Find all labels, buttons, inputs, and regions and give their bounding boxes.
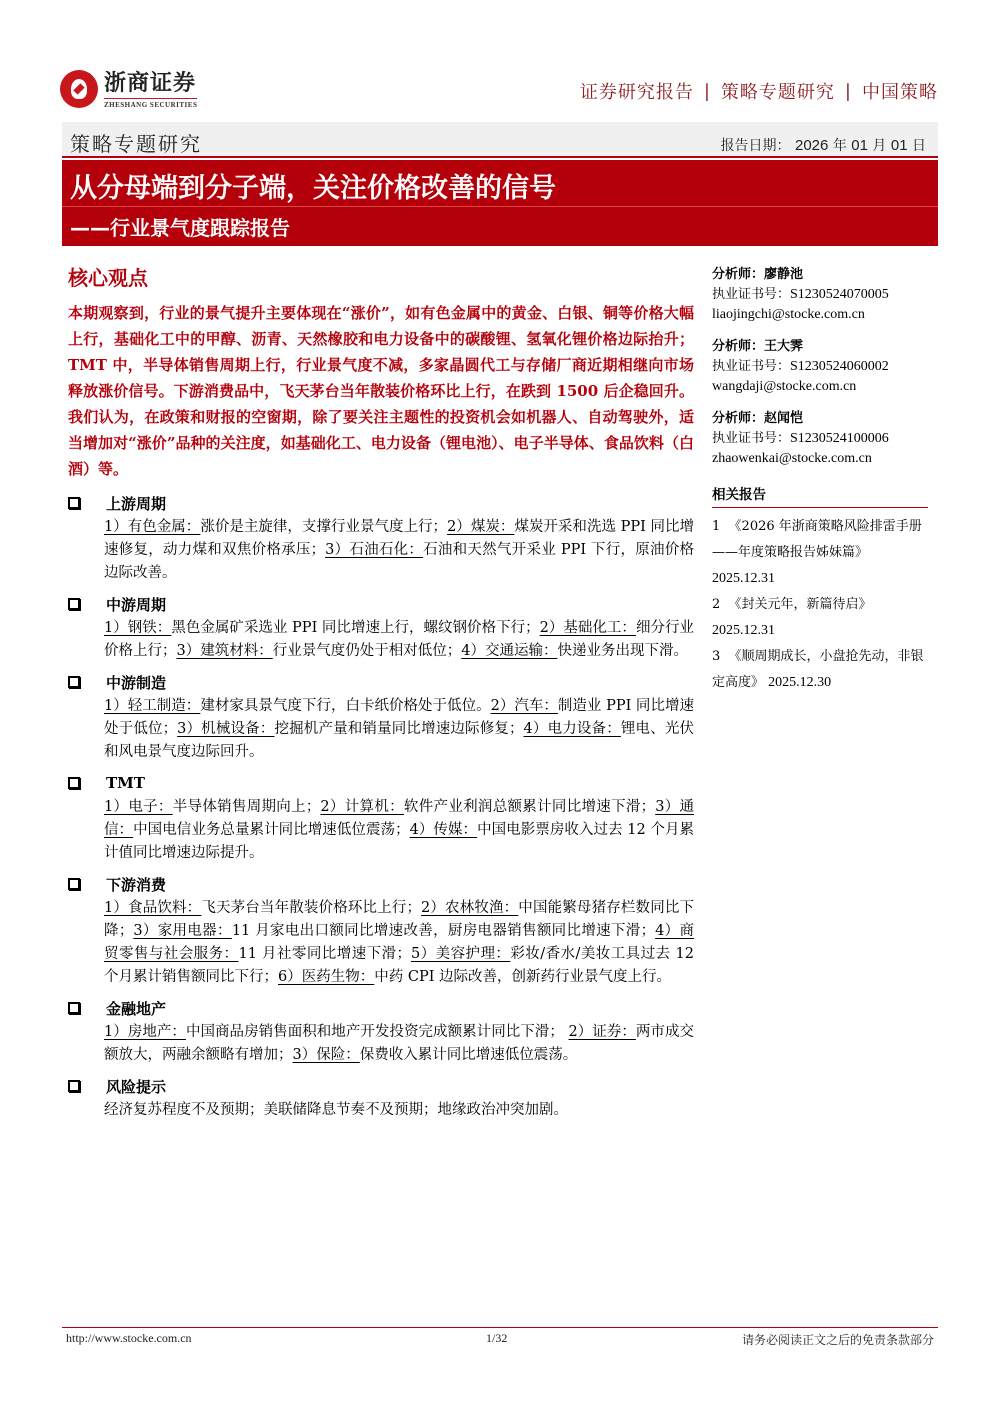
checkbox-bullet-icon [68,777,80,789]
sector-section: 中游周期1）钢铁：黑色金属矿采选业 PPI 同比增速上行，螺纹钢价格下行；2）基… [68,591,694,663]
section-title: 风险提示 [106,1076,166,1097]
section-body: 1）钢铁：黑色金属矿采选业 PPI 同比增速上行，螺纹钢价格下行；2）基础化工：… [68,617,694,663]
report-date-month: 01 [851,137,868,154]
sector-label: 3）建筑材料： [177,643,273,659]
breadcrumb-item-strategy-topic: 策略专题研究 [721,78,835,104]
related-report-index: 3 [712,649,720,664]
footer-disclaimer: 请务必阅读正文之后的免责条款部分 [742,1331,934,1348]
section-body: 1）有色金属：涨价是主旋律，支撑行业景气度上行；2）煤炭：煤炭开采和洗选 PPI… [68,516,694,585]
sector-label: 2）计算机： [320,799,404,815]
page-number: 1/32 [486,1331,507,1346]
related-reports-list: 1 《2026 年浙商策略风险排雷手册——年度策略报告姊妹篇》 2025.12.… [712,514,932,696]
sector-section: 上游周期1）有色金属：涨价是主旋律，支撑行业景气度上行；2）煤炭：煤炭开采和洗选… [68,490,694,585]
sector-label: 4）交通运输： [461,643,557,659]
section-body: 1）房地产：中国商品房销售面积和地产开发投资完成额累计同比下滑； 2）证券：两市… [68,1021,694,1067]
analyst-email-link[interactable]: wangdaji@stocke.com.cn [712,377,932,397]
section-title: TMT [106,774,145,792]
sector-label: 3）家用电器： [133,923,232,939]
sector-label: 2）农林牧渔： [421,900,518,916]
sector-text: 半导体销售周期向上； [173,799,321,815]
sector-label: 4）传媒： [410,822,478,838]
sector-text: 中药 CPI 边际改善，创新药行业景气度上行。 [374,969,671,985]
core-viewpoint-text: 本期观察到，行业的景气提升主要体现在“涨价”，如有色金属中的黄金、白银、铜等价格… [68,300,694,482]
breadcrumb-item-research-report: 证券研究报告 [580,78,694,104]
sector-label: 1）钢铁： [104,620,171,636]
checkbox-bullet-icon [68,878,80,890]
sector-text: 快递业务出现下滑。 [557,643,688,659]
analyst-name-line: 分析师：廖静池 [712,265,932,285]
report-date-year-unit: 年 [833,138,847,154]
related-report-title[interactable]: 《封关元年，新篇待启》 [729,597,872,612]
footer-website-link[interactable]: http://www.stocke.com.cn [66,1331,192,1346]
section-title: 中游周期 [106,594,166,615]
analyst-cert-line: 执业证书号：S1230524070005 [712,285,932,305]
sector-label: 3）石油石化： [325,542,423,558]
sector-sections: 上游周期1）有色金属：涨价是主旋律，支撑行业景气度上行；2）煤炭：煤炭开采和洗选… [68,490,694,1128]
related-report-title[interactable]: 《2026 年浙商策略风险排雷手册——年度策略报告姊妹篇》 [712,519,922,560]
report-date: 报告日期： 2026 年 01 月 01 日 [721,135,926,155]
breadcrumb-separator: | [704,81,711,102]
cert-label: 执业证书号： [712,359,790,374]
sector-label: 4）电力设备： [524,721,621,737]
sector-label: 5）美容护理： [411,946,510,962]
company-logo: 浙商证券 ZHESHANG SECURITIES [60,70,210,115]
sector-section: 风险提示经济复苏程度不及预期；美联储降息节奏不及预期；地缘政治冲突加剧。 [68,1073,694,1122]
header-breadcrumb: 证券研究报告 | 策略专题研究 | 中国策略 [580,78,938,104]
page-footer: http://www.stocke.com.cn 1/32 请务必阅读正文之后的… [66,1331,934,1351]
analyst-name: 赵闻恺 [764,411,803,426]
sector-text: 11 月家电出口额同比增速改善，厨房电器销售额同比增速下滑； [232,923,655,939]
related-report-item[interactable]: 1 《2026 年浙商策略风险排雷手册——年度策略报告姊妹篇》 2025.12.… [712,514,932,592]
checkbox-bullet-icon [68,598,80,610]
section-header: 下游消费 [68,871,694,897]
section-body: 1）电子：半导体销售周期向上；2）计算机：软件产业利润总额累计同比增速下滑；3）… [68,796,694,865]
sector-label: 2）煤炭： [447,519,514,535]
section-header: 中游制造 [68,669,694,695]
category-title: 策略专题研究 [70,128,202,157]
report-date-day-unit: 日 [912,138,926,154]
sector-label: 1）电子： [104,799,173,815]
section-title: 下游消费 [106,874,166,895]
sector-text: 软件产业利润总额累计同比增速下滑； [404,799,655,815]
analyst-email-link[interactable]: liaojingchi@stocke.com.cn [712,305,932,325]
section-title: 上游周期 [106,493,166,514]
checkbox-bullet-icon [68,1080,80,1092]
logo-cn-text: 浙商证券 [104,70,197,98]
report-title: 从分母端到分子端，关注价格改善的信号 [70,166,556,205]
related-report-date: 2025.12.31 [712,623,775,638]
sector-label: 2）证券： [568,1024,635,1040]
sector-label: 2）汽车： [491,698,558,714]
sector-text: 保费收入累计同比增速低位震荡。 [360,1047,578,1063]
checkbox-bullet-icon [68,1002,80,1014]
related-report-index: 2 [712,597,720,612]
related-reports-heading: 相关报告 [712,483,928,508]
sector-text: 挖掘机产量和销量同比增速边际修复； [274,721,523,737]
analyst-name: 王大霁 [764,339,803,354]
cert-number: S1230524060002 [790,359,889,374]
sector-section: 金融地产1）房地产：中国商品房销售面积和地产开发投资完成额累计同比下滑； 2）证… [68,995,694,1067]
analyst-name-line: 分析师：王大霁 [712,337,932,357]
sector-label: 1）房地产： [104,1024,186,1040]
analyst-name: 廖静池 [764,267,803,282]
sector-label: 2）基础化工： [540,620,636,636]
sector-label: 3）机械设备： [177,721,274,737]
sector-label: 1）食品饮料： [104,900,201,916]
sector-text: 中国电信业务总量累计同比增速低位震荡； [133,822,409,838]
footer-divider [62,1327,938,1328]
report-date-year: 2026 [795,137,828,154]
section-header: 中游周期 [68,591,694,617]
cert-number: S1230524070005 [790,287,889,302]
section-body: 经济复苏程度不及预期；美联储降息节奏不及预期；地缘政治冲突加剧。 [68,1099,694,1122]
sector-label: 1）有色金属： [104,519,200,535]
logo-en-text: ZHESHANG SECURITIES [104,98,197,109]
analyst-card: 分析师：廖静池执业证书号：S1230524070005liaojingchi@s… [712,265,932,325]
sector-text: 涨价是主旋律，支撑行业景气度上行； [200,519,447,535]
analyst-label: 分析师： [712,267,764,282]
report-date-month-unit: 月 [872,138,886,154]
logo-icon [60,70,98,108]
sector-text: 建材家具景气度下行，白卡纸价格处于低位。 [200,698,490,714]
sector-text: 行业景气度仍处于相对低位； [273,643,462,659]
sector-text: 经济复苏程度不及预期；美联储降息节奏不及预期；地缘政治冲突加剧。 [104,1102,568,1118]
cert-label: 执业证书号： [712,287,790,302]
core-viewpoint-heading: 核心观点 [68,262,148,291]
breadcrumb-separator: | [845,81,852,102]
report-subtitle: ——行业景气度跟踪报告 [70,212,290,241]
sector-text: 中国商品房销售面积和地产开发投资完成额累计同比下滑； [186,1024,569,1040]
cert-number: S1230524100006 [790,431,889,446]
related-report-date: 2025.12.30 [768,675,831,690]
analyst-list: 分析师：廖静池执业证书号：S1230524070005liaojingchi@s… [712,265,932,469]
analyst-email-link[interactable]: zhaowenkai@stocke.com.cn [712,449,932,469]
sector-section: 中游制造1）轻工制造：建材家具景气度下行，白卡纸价格处于低位。2）汽车：制造业 … [68,669,694,764]
sector-text: 飞天茅台当年散装价格环比上行； [201,900,421,916]
section-header: 上游周期 [68,490,694,516]
related-report-index: 1 [712,519,720,534]
category-bar: 策略专题研究 报告日期： 2026 年 01 月 01 日 [62,122,938,158]
section-header: 风险提示 [68,1073,694,1099]
sector-section: 下游消费1）食品饮料：飞天茅台当年散装价格环比上行；2）农林牧渔：中国能繁母猪存… [68,871,694,989]
cert-label: 执业证书号： [712,431,790,446]
section-body: 1）食品饮料：飞天茅台当年散装价格环比上行；2）农林牧渔：中国能繁母猪存栏数同比… [68,897,694,989]
checkbox-bullet-icon [68,676,80,688]
analyst-cert-line: 执业证书号：S1230524100006 [712,429,932,449]
sector-label: 6）医药生物： [278,969,374,985]
breadcrumb-item-china-strategy: 中国策略 [862,78,938,104]
related-report-item[interactable]: 2 《封关元年，新篇待启》 2025.12.31 [712,592,932,644]
analyst-card: 分析师：王大霁执业证书号：S1230524060002wangdaji@stoc… [712,337,932,397]
title-divider [62,206,938,207]
related-report-item[interactable]: 3 《顺周期成长，小盘抢先动，非银定高度》 2025.12.30 [712,644,932,696]
analyst-label: 分析师： [712,411,764,426]
related-report-date: 2025.12.31 [712,571,775,586]
sector-text: 11 月社零同比增速下滑； [239,946,412,962]
title-band: 从分母端到分子端，关注价格改善的信号 ——行业景气度跟踪报告 [62,160,938,246]
section-header: 金融地产 [68,995,694,1021]
report-date-label: 报告日期： [721,138,791,154]
analyst-name-line: 分析师：赵闻恺 [712,409,932,429]
section-title: 金融地产 [106,998,166,1019]
checkbox-bullet-icon [68,497,80,509]
sector-label: 3）保险： [293,1047,360,1063]
analyst-cert-line: 执业证书号：S1230524060002 [712,357,932,377]
sidebar: 分析师：廖静池执业证书号：S1230524070005liaojingchi@s… [712,265,932,696]
section-body: 1）轻工制造：建材家具景气度下行，白卡纸价格处于低位。2）汽车：制造业 PPI … [68,695,694,764]
sector-label: 1）轻工制造： [104,698,200,714]
section-header: TMT [68,770,694,796]
analyst-label: 分析师： [712,339,764,354]
report-date-day: 01 [891,137,908,154]
section-title: 中游制造 [106,672,166,693]
sector-text: 黑色金属矿采选业 PPI 同比增速上行，螺纹钢价格下行； [171,620,539,636]
analyst-card: 分析师：赵闻恺执业证书号：S1230524100006zhaowenkai@st… [712,409,932,469]
sector-section: TMT1）电子：半导体销售周期向上；2）计算机：软件产业利润总额累计同比增速下滑… [68,770,694,865]
